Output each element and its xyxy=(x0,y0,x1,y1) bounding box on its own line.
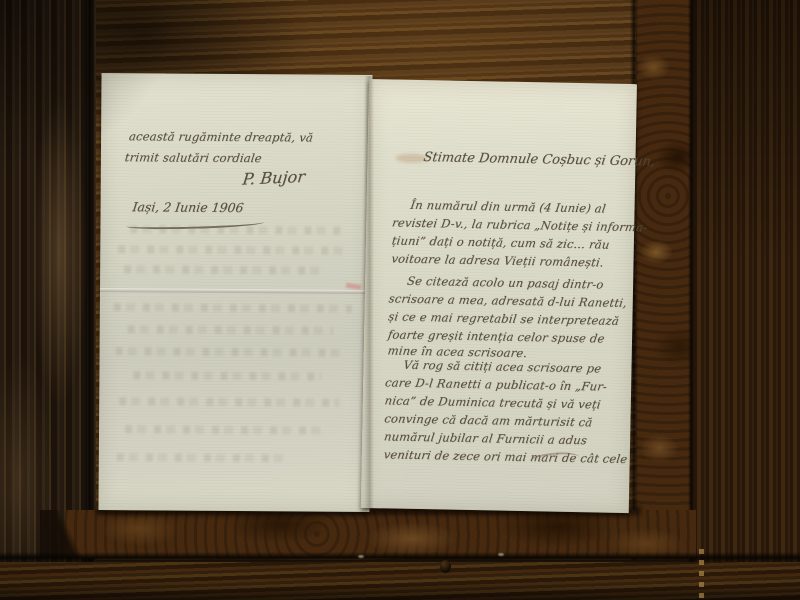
letter-right-page: Stimate Domnule Coșbuc și Gorun, În numă… xyxy=(361,79,637,513)
photograph-of-letter: această rugăminte dreaptă, vă trimit sal… xyxy=(0,0,800,600)
showthrough-line xyxy=(119,397,339,407)
signature: P. Bujor xyxy=(242,167,307,189)
showthrough-line xyxy=(114,303,352,313)
showthrough-line xyxy=(117,453,287,462)
showthrough-line xyxy=(124,265,324,274)
frame-miter-joint xyxy=(40,510,96,558)
screw-knob xyxy=(440,560,451,573)
showthrough-line xyxy=(116,347,342,357)
hinge-detail xyxy=(699,546,704,598)
showthrough-line xyxy=(118,245,350,255)
page-fold-shadow xyxy=(364,76,374,510)
closing-line: trimit salutări cordiale xyxy=(124,150,263,165)
showthrough-line xyxy=(125,425,323,434)
chalk-speck xyxy=(358,555,364,558)
letter-left-page: această rugăminte dreaptă, vă trimit sal… xyxy=(98,73,372,512)
showthrough-line xyxy=(128,325,333,334)
showthrough-line xyxy=(130,225,340,234)
showthrough-line xyxy=(133,371,321,380)
wood-burl-frame-bottom xyxy=(64,510,696,558)
closing-line: această rugăminte dreaptă, vă xyxy=(128,129,314,144)
wood-right-panel xyxy=(692,0,800,600)
wood-burl-frame-right xyxy=(636,0,694,560)
wood-bottom-rail xyxy=(0,562,800,600)
dateline: Iași, 2 Iunie 1906 xyxy=(132,199,245,215)
chalk-speck xyxy=(498,553,504,556)
